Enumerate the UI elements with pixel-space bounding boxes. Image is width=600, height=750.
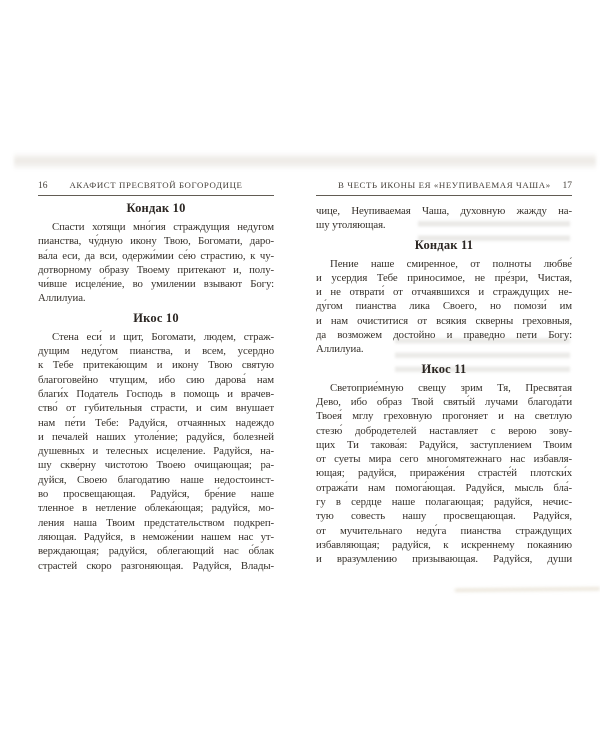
text-line: от мучительнаго неду́га пианства стражду… [316, 524, 572, 538]
text-line: Дево, ибо образ Твой святы́й лучами благ… [316, 395, 572, 409]
text-line: шу скве́рну чистотою Твоею очищающая; ра… [38, 458, 274, 472]
page-17-text: чице, Неупиваемая Чаша, духовную жажду н… [316, 196, 572, 567]
text-line: нам пе́ти Тебе: Радуйся, отчаянных надеж… [38, 416, 274, 430]
text-line: чице, Неупиваемая Чаша, духовную жажду н… [316, 204, 572, 218]
page-17: В ЧЕСТЬ ИКОНЫ ЕЯ «НЕУПИВАЕМАЯ ЧАША» 17 ч… [316, 180, 572, 567]
section-heading: Икос 11 [316, 362, 572, 377]
text-line: Пение наше смиренное, от полноты любве́ [316, 257, 572, 271]
text-line: верждающая; радуйся, облегающий нас о́бл… [38, 544, 274, 558]
text-line: и нам очиститися от всякия скверны грехо… [316, 314, 572, 328]
page-number-17: 17 [550, 181, 572, 191]
running-head-right: В ЧЕСТЬ ИКОНЫ ЕЯ «НЕУПИВАЕМАЯ ЧАША» 17 [316, 180, 572, 193]
book-spread-photo: 16 АКАФИСТ ПРЕСВЯТОЙ БОГОРОДИЦЕ Кондак 1… [0, 0, 600, 750]
text-line: ляющая. Радуйся, в неможе́нии нашем нас … [38, 530, 274, 544]
book-bottom-edge-shadow [455, 587, 600, 592]
text-line: избавляющая; радуйся, к искреннему покая… [316, 538, 572, 552]
text-line: и не отврати́ от отчаявшихся и страждущи… [316, 285, 572, 299]
text-line: чи́вше исцеле́ние, во умилении взывают Б… [38, 277, 274, 291]
page-number-16: 16 [38, 181, 60, 191]
text-line: Спасти хотящи мно́гия страждущия недугом [38, 220, 274, 234]
text-line: пианства, чу́дную икону Твою, Богомати, … [38, 234, 274, 248]
text-line: тую совесть нашу просвещающая. Радуйся, [316, 509, 572, 523]
section-heading: Икос 10 [38, 311, 274, 326]
text-line: благи́х Податель Господь в помощь и врач… [38, 387, 274, 401]
text-line: отража́ти нам помога́ющая. Радуйся, мысл… [316, 481, 572, 495]
text-line: Твоея́ мглу греховную прогоняет и на све… [316, 409, 572, 423]
running-title-left: АКАФИСТ ПРЕСВЯТОЙ БОГОРОДИЦЕ [60, 180, 252, 190]
text-line: страстей скоро разгоняющая. Радуйся, Вла… [38, 559, 274, 573]
running-head-left: 16 АКАФИСТ ПРЕСВЯТОЙ БОГОРОДИЦЕ [38, 180, 274, 193]
text-line: ство́ от губительныя страсти, и сим внуш… [38, 401, 274, 415]
text-line: гу в сердце наше полагающая; радуйся, не… [316, 495, 572, 509]
book-top-edge-shadow [14, 152, 596, 170]
text-line: и вразумлению призывающая. Радуйся, души [316, 552, 572, 566]
text-line: да возможем достойно и праведно пети Бог… [316, 328, 572, 342]
text-line: ду́гом пианства лика Своего, но помози́ … [316, 299, 572, 313]
text-line: и усердия Тебе приносимое, не пре́зри, Ч… [316, 271, 572, 285]
text-line: дущим неду́гом пианства, и всем, усердно [38, 344, 274, 358]
running-title-right: В ЧЕСТЬ ИКОНЫ ЕЯ «НЕУПИВАЕМАЯ ЧАША» [338, 180, 550, 190]
text-line: душевных и телесных исцеление. Радуйся, … [38, 444, 274, 458]
text-line: шу утоляющая. [316, 218, 572, 232]
header-rule-left [38, 195, 274, 196]
text-line: от суеты мира сего многомятежнаго нас из… [316, 452, 572, 466]
text-line: и печалей наших утоле́ние; радуйся, боле… [38, 430, 274, 444]
text-line: Аллилуиа. [38, 291, 274, 305]
text-line: Стена еси́ и щит, Богомати, людем, страж… [38, 330, 274, 344]
text-line: Светоприе́мную свещу зрим Тя, Пресвятая [316, 381, 572, 395]
section-heading: Кондак 10 [38, 201, 274, 216]
text-line: дотворному образу Твоему притекают и, по… [38, 263, 274, 277]
text-line: Аллилуиа. [316, 342, 572, 356]
text-line: во просвещающая. Радуйся, бре́ние наше [38, 487, 274, 501]
text-line: ющая; радуйся, прираже́ния страсте́й пло… [316, 466, 572, 480]
section-heading: Кондак 11 [316, 238, 572, 253]
text-line: к Тебе притека́ющим и икону Твою святую [38, 358, 274, 372]
text-line: стезю́ добродетелей наставляет с верою з… [316, 424, 572, 438]
page-16-text: Кондак 10Спасти хотящи мно́гия страждущи… [38, 201, 274, 573]
text-line: ления наша Твоим предстательством подкре… [38, 516, 274, 530]
text-line: щих Ти такова́я: Радуйся, заступлением Т… [316, 438, 572, 452]
text-line: тленное в нетление облека́ющая; радуйся,… [38, 501, 274, 515]
text-line: благоговейно чтущим, ибо сию дарова́ нам [38, 373, 274, 387]
text-line: дуйся, Своею благодатию наше недостоинст… [38, 473, 274, 487]
text-line: ва́ла еси, да вси, одержи́мии се́ю страс… [38, 249, 274, 263]
page-16: 16 АКАФИСТ ПРЕСВЯТОЙ БОГОРОДИЦЕ Кондак 1… [38, 180, 274, 573]
